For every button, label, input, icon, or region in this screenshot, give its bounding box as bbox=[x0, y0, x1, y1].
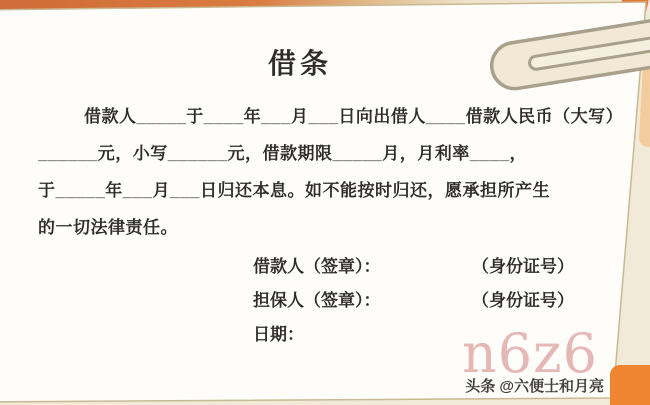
iou-body-line: 借款人_____于____年___月___日向出借人____借款人民币（大写） bbox=[38, 98, 630, 135]
iou-body-line: ______元，小写______元，借款期限_____月，月利率____， bbox=[38, 135, 630, 172]
iou-title: 借条 bbox=[0, 42, 600, 82]
screenshot-root: 借条 借款人_____于____年___月___日向出借人____借款人民币（大… bbox=[0, 0, 650, 405]
iou-body-line: 的一切法律责任。 bbox=[38, 209, 630, 246]
guarantor-signature-label: 担保人（签章）： bbox=[253, 284, 472, 318]
borrower-id-label: （身份证号） bbox=[472, 250, 574, 284]
borrower-signature-label: 借款人（签章）： bbox=[253, 250, 472, 284]
iou-body: 借款人_____于____年___月___日向出借人____借款人民币（大写） … bbox=[38, 98, 630, 246]
signature-row: 担保人（签章）： （身份证号） bbox=[253, 284, 574, 318]
iou-body-line: 于_____年___月___日归还本息。如不能按时归还，愿承担所产生 bbox=[38, 172, 630, 209]
guarantor-id-label: （身份证号） bbox=[472, 284, 574, 318]
date-label: 日期： bbox=[253, 318, 472, 352]
credit-text: 头条 @六便士和月亮 bbox=[465, 375, 604, 396]
signature-row: 借款人（签章）： （身份证号） bbox=[253, 250, 574, 284]
corner-decor-bottom-right bbox=[610, 365, 650, 405]
